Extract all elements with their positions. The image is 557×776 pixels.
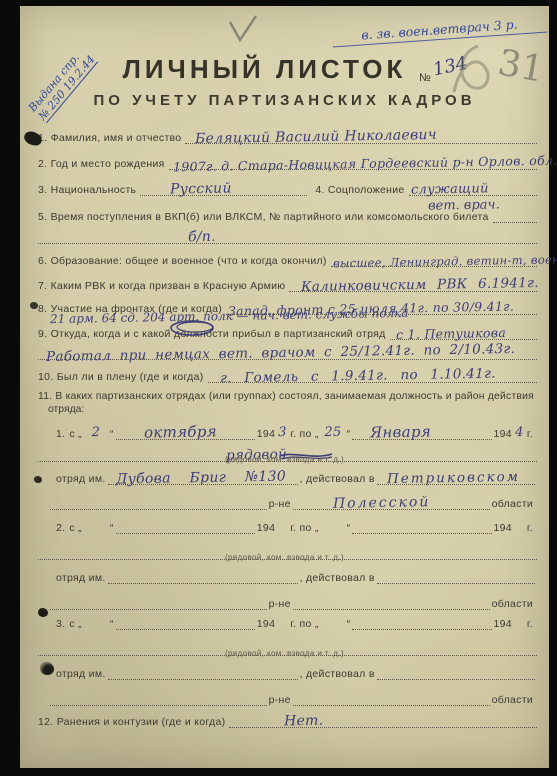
- field-3-label: 3. Национальность: [38, 184, 140, 196]
- field-9-line-b: Работал при немцах вет. врачом с 25/12.4…: [38, 344, 537, 360]
- entry-1-y2: 194: [492, 428, 514, 440]
- entry-2-q1: “: [108, 522, 116, 534]
- entry-1-oblast: Полесской: [333, 494, 431, 512]
- entry-1-oblast-line: Полесской: [293, 494, 490, 510]
- entry-1-region: Петриковском: [387, 469, 520, 487]
- entry-3-oblast-line: [293, 690, 490, 706]
- entry-3-unit-line: [108, 664, 298, 680]
- document-subtitle: ПО УЧЕТУ ПАРТИЗАНСКИХ КАДРОВ: [20, 92, 549, 109]
- entry-3-from-month-line: [116, 614, 255, 630]
- entry-1-from-month-line: октября: [116, 424, 255, 440]
- entry-1-dates-row: 1. с „ 2 “ октября 194 3 г. по „ 25 “ Ян…: [54, 424, 535, 440]
- entry-1-role-hint: (рядовой, ком. взвода и т. д.): [20, 455, 549, 464]
- entry-2-q2: “: [345, 522, 353, 534]
- entry-2-num: 2.: [54, 522, 67, 534]
- punch-hole-2: [38, 608, 48, 617]
- field-9-answer-row: Работал при немцах вет. врачом с 25/12.4…: [38, 344, 537, 360]
- field-6-line: высшее, Ленинград. ветин-т, воен. нет.: [331, 251, 537, 267]
- entry-2-role-hint: (рядовой, ком. взвода и т. д.): [20, 553, 549, 562]
- punch-hole-3: [40, 662, 54, 675]
- entry-1-blank-line: [50, 494, 267, 510]
- entry-2-s: с „: [67, 522, 84, 534]
- entry-1-po: г. по „: [288, 428, 320, 440]
- entry-2-rne: р-не: [267, 598, 293, 610]
- field-5-answer-row: б/п.: [38, 228, 537, 244]
- entry-3-num: 3.: [54, 618, 67, 630]
- field-12-line: Нет.: [229, 712, 537, 728]
- punch-hole-1: [34, 476, 42, 483]
- field-10-line: г. Гомель с 1.9.41г. по 1.10.41г.: [208, 367, 537, 383]
- field-5-line-b: б/п.: [38, 228, 537, 244]
- field-2-label: 2. Год и место рождения: [38, 158, 169, 170]
- entry-2-to-month-line: [352, 518, 491, 534]
- field-9-line: с 1. Петушкова: [390, 324, 537, 340]
- field-1-line: Беляцкий Василий Николаевич: [185, 128, 537, 144]
- entry-3-oblast-row: р-не области: [50, 690, 535, 706]
- field-1-label: 1. Фамилия, имя и отчество: [38, 132, 185, 144]
- field-10-row: 10. Был ли в плену (где и когда) г. Гоме…: [38, 367, 537, 383]
- field-7-label: 7. Каким РВК и когда призван в Красную А…: [38, 280, 289, 292]
- field-5-line-a: [493, 207, 537, 223]
- field-3-value: Русский: [170, 180, 232, 197]
- entry-3-y2: 194: [492, 618, 514, 630]
- entry-1-region-line: Петриковском: [377, 469, 535, 485]
- entry-3-unit-row: отряд им. , действовал в: [54, 664, 535, 680]
- field-2-value: 1907г. д. Стара-Новицкая Гордеевский р-н…: [173, 153, 557, 175]
- field-3-4-row: 3. Национальность Русский 4. Соцположени…: [38, 180, 537, 196]
- entry-3-y1: 194: [255, 618, 277, 630]
- entry-3-region-line: [377, 664, 535, 680]
- entry-2-blank-line: [50, 594, 267, 610]
- field-12-label: 12. Ранения и контузии (где и когда): [38, 716, 229, 728]
- doc-number-pencil: 31: [495, 42, 547, 90]
- entry-2-oblast-line: [293, 594, 490, 610]
- field-4-value: служащий: [410, 181, 488, 197]
- field-9-row: 9. Откуда, когда и с какой должности при…: [38, 324, 537, 340]
- scanned-document: Выдана спр. № 250 19.2.44 в. зв. воен.ве…: [0, 0, 557, 776]
- entry-3-s: с „: [67, 618, 84, 630]
- field-5-value: б/п.: [188, 229, 216, 245]
- field-11-label: 11. В каких партизанских отрядах (или гр…: [38, 391, 543, 402]
- entry-3-role-hint: (рядовой, ком. взвода и т. д.): [20, 649, 549, 658]
- ink-scribble: [168, 318, 220, 338]
- entry-1-to-month: Января: [370, 422, 431, 441]
- field-7-line: Калинковичским РВК 6.1941г.: [289, 276, 537, 292]
- entry-2-region-line: [377, 568, 535, 584]
- entry-3-dates-row: 3. с „ “ 194 г. по „ “ 194 г.: [54, 614, 535, 630]
- entry-1-num: 1.: [54, 428, 67, 440]
- entry-1-from-day: 2: [84, 425, 108, 440]
- field-7-value: Калинковичским РВК 6.1941г.: [301, 275, 539, 295]
- entry-2-unit-row: отряд им. , действовал в: [54, 568, 535, 584]
- pencil-scribble: [440, 42, 500, 96]
- field-9-value: с 1. Петушкова: [395, 325, 505, 342]
- field-6-label: 6. Образование: общее и военное (что и к…: [38, 255, 331, 267]
- entry-1-y1: 194: [255, 428, 277, 440]
- entry-1-otryad: отряд им.: [54, 473, 108, 485]
- entry-1-obl: области: [490, 498, 535, 510]
- entry-3-rne: р-не: [267, 694, 293, 706]
- field-7-row: 7. Каким РВК и когда призван в Красную А…: [38, 276, 537, 292]
- entry-3-to-month-line: [352, 614, 491, 630]
- field-12-value: Нет.: [284, 713, 324, 730]
- field-5-label: 5. Время поступления в ВКП(б) или ВЛКСМ,…: [38, 211, 493, 223]
- entry-2-from-month-line: [116, 518, 255, 534]
- entry-3-q2: “: [345, 618, 353, 630]
- field-2-line: 1907г. д. Стара-Новицкая Гордеевский р-н…: [169, 154, 537, 170]
- field-4-line: служащий: [409, 180, 537, 196]
- entry-3-blank-line: [50, 690, 267, 706]
- field-6-value: высшее, Ленинград. ветин-т, воен. нет.: [333, 252, 557, 271]
- field-2-row: 2. Год и место рождения 1907г. д. Стара-…: [38, 154, 537, 170]
- entry-2-act: , действовал в: [298, 572, 377, 584]
- entry-1-q2: “: [345, 428, 353, 440]
- entry-1-g: г.: [525, 428, 535, 440]
- entry-2-obl: области: [490, 598, 535, 610]
- entry-3-q1: “: [108, 618, 116, 630]
- field-9-value2: Работал при немцах вет. врачом с 25/12.4…: [46, 341, 515, 365]
- entry-1-to-month-line: Января: [352, 424, 491, 440]
- entry-2-oblast-row: р-не области: [50, 594, 535, 610]
- checkmark-icon: [226, 14, 258, 44]
- entry-1-q1: “: [108, 428, 116, 440]
- field-10-value: г. Гомель с 1.9.41г. по 1.10.41г.: [219, 366, 495, 387]
- entry-1-unit: Дубова Бриг №130: [115, 469, 285, 488]
- entry-3-otryad: отряд им.: [54, 668, 108, 680]
- entry-1-from-month: октября: [144, 422, 217, 441]
- field-12-row: 12. Ранения и контузии (где и когда) Нет…: [38, 712, 537, 728]
- field-4-label: 4. Соцположение: [307, 184, 408, 196]
- entry-1-act: , действовал в: [298, 473, 377, 485]
- entry-2-po: г. по „: [288, 522, 320, 534]
- ink-blot-small: [30, 302, 38, 309]
- entry-3-po: г. по „: [288, 618, 320, 630]
- entry-1-oblast-row: р-не Полесской области: [50, 494, 535, 510]
- entry-1-to-year: 4: [514, 425, 525, 440]
- field-1-row: 1. Фамилия, имя и отчество Беляцкий Васи…: [38, 128, 537, 144]
- doc-number-label: №: [419, 72, 431, 84]
- paper-sheet: Выдана спр. № 250 19.2.44 в. зв. воен.ве…: [20, 6, 549, 768]
- entry-2-otryad: отряд им.: [54, 572, 108, 584]
- entry-3-act: , действовал в: [298, 668, 377, 680]
- entry-1-unit-row: отряд им. Дубова Бриг №130 , действовал …: [54, 469, 535, 485]
- entry-2-y1: 194: [255, 522, 277, 534]
- entry-2-unit-line: [108, 568, 298, 584]
- entry-2-g: г.: [525, 522, 535, 534]
- field-11-label2: отряда:: [48, 404, 84, 415]
- entry-1-s: с „: [67, 428, 84, 440]
- field-5-row: 5. Время поступления в ВКП(б) или ВЛКСМ,…: [38, 207, 537, 223]
- field-6-row: 6. Образование: общее и военное (что и к…: [38, 251, 537, 267]
- field-10-label: 10. Был ли в плену (где и когда): [38, 371, 208, 383]
- entry-2-y2: 194: [492, 522, 514, 534]
- entry-1-to-day: 25: [321, 425, 345, 440]
- entry-2-dates-row: 2. с „ “ 194 г. по „ “ 194 г.: [54, 518, 535, 534]
- field-3-line: Русский: [140, 180, 307, 196]
- field-1-value: Беляцкий Василий Николаевич: [195, 127, 437, 147]
- entry-1-from-year: 3: [277, 425, 288, 440]
- entry-1-unit-line: Дубова Бриг №130: [108, 469, 298, 485]
- entry-3-g: г.: [525, 618, 535, 630]
- entry-1-rne: р-не: [267, 498, 293, 510]
- entry-3-obl: области: [490, 694, 535, 706]
